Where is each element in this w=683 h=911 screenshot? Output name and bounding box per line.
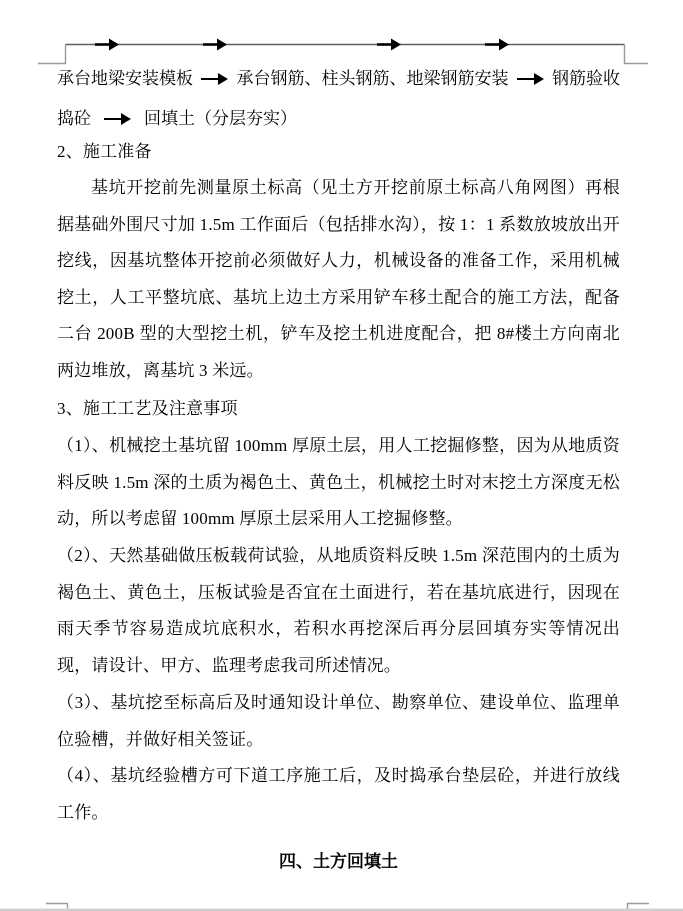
section3-item-3: （3）、基坑挖至标高后及时通知设计单位、勘察单位、建设单位、监理单位验槽，并做好… bbox=[57, 685, 620, 758]
arrow-right-icon bbox=[201, 73, 228, 86]
section-heading-3: 3、施工工艺及注意事项 bbox=[57, 398, 620, 420]
section3-item-4: （4）、基坑经验槽方可下道工序施工后，及时捣承台垫层砼，并进行放线工作。 bbox=[57, 758, 620, 831]
section3-item-2: （2）、天然基础做压板载荷试验，从地质资料反映 1.5m 深范围内的土质为褐色土… bbox=[57, 538, 620, 684]
section2-paragraph: 基坑开挖前先测量原土标高（见土方开挖前原土标高八角网图）再根据基础外围尺寸加 1… bbox=[57, 170, 620, 389]
flow-step-label: 钢筋验收 bbox=[552, 65, 620, 93]
arrow-right-icon bbox=[485, 39, 509, 51]
document-page: 承台地梁安装模板 承台钢筋、柱头钢筋、地梁钢筋安装 钢筋验收 捣砼 回填土（分层… bbox=[0, 0, 683, 911]
text-boundary-corner-top-right bbox=[625, 45, 649, 64]
flow-step-label: 承台钢筋、柱头钢筋、地梁钢筋安装 bbox=[237, 65, 509, 93]
arrow-right-icon bbox=[104, 113, 131, 126]
arrow-right-icon bbox=[203, 39, 227, 51]
page-bottom-boundary-graphic bbox=[0, 866, 683, 911]
flow-step-row-2: 捣砼 回填土（分层夯实） bbox=[57, 105, 620, 133]
arrow-right-icon bbox=[517, 73, 544, 86]
flow-step-label: 捣砼 bbox=[57, 105, 91, 133]
arrow-right-icon bbox=[95, 39, 119, 51]
flow-step-label: 回填土（分层夯实） bbox=[144, 105, 297, 133]
flow-connector-graphic bbox=[0, 0, 683, 70]
flow-step-label: 承台地梁安装模板 bbox=[57, 65, 193, 93]
section3-item-1: （1）、机械挖土基坑留 100mm 厚原土层，用人工挖掘修整，因为从地质资料反映… bbox=[57, 428, 620, 538]
section-heading-2: 2、施工准备 bbox=[57, 141, 620, 163]
arrow-right-icon bbox=[377, 39, 401, 51]
flow-step-row-1: 承台地梁安装模板 承台钢筋、柱头钢筋、地梁钢筋安装 钢筋验收 bbox=[57, 65, 620, 93]
text-boundary-corner-top-left bbox=[38, 45, 66, 64]
